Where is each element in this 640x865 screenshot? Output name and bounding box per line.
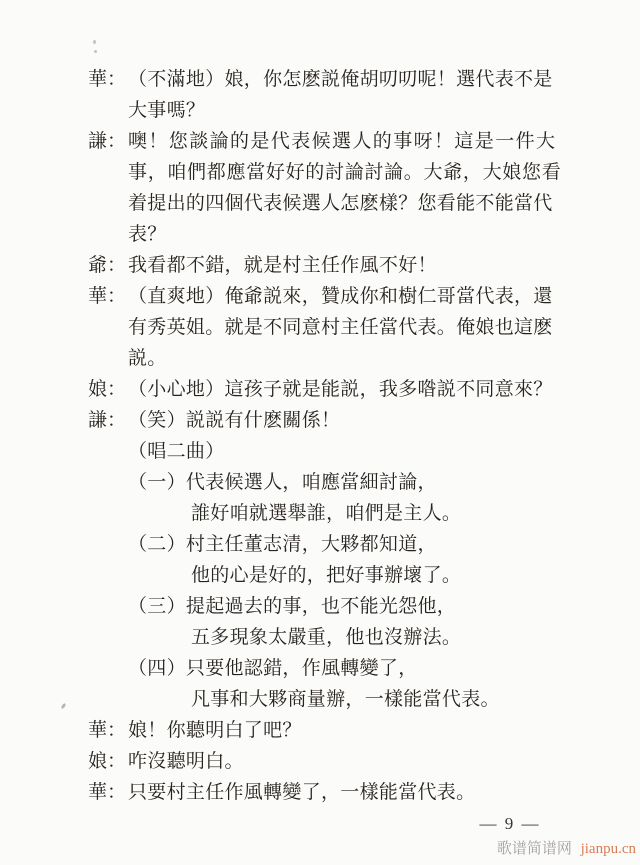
dialogue-lines: 噢！您談論的是代表候選人的事呀！這是一件大 事，咱們都應當好好的討論討論。大爺，… [128, 126, 626, 250]
song-heading-line: （唱二曲） [128, 436, 626, 467]
dialogue-entry: 華： 娘！你聽明白了吧？ [88, 715, 626, 746]
dialogue-entry: 爺： 我看都不錯，就是村主任作風不好！ [88, 250, 626, 281]
dialogue-line: （不滿地）娘，你怎麽説俺胡叨叨呢！選代表不是 [128, 64, 626, 95]
speaker-label: 華： [88, 777, 128, 808]
verse-line: （四）只要他認錯，作風轉變了， [128, 653, 626, 684]
scan-speck [94, 50, 97, 53]
dialogue-line: 表？ [128, 219, 626, 250]
speaker-label: 華： [88, 715, 128, 746]
verse-line: 五多現象太嚴重，他也沒辦法。 [128, 622, 626, 653]
speaker-label: 娘： [88, 746, 128, 777]
dialogue-line: 大事嗎？ [128, 95, 626, 126]
watermark-site-url: jianpu.cn [581, 841, 636, 857]
speaker-label: 謙： [88, 126, 128, 157]
dialogue-line: 娘！你聽明白了吧？ [128, 715, 626, 746]
watermark: 歌谱简谱网 jianpu.cn [497, 837, 636, 858]
dialogue-entry: 謙： 噢！您談論的是代表候選人的事呀！這是一件大 事，咱們都應當好好的討論討論。… [88, 126, 626, 250]
dialogue-line: （笑）説説有什麽關係！ [128, 405, 626, 436]
dialogue-line: （小心地）這孩子就是能説，我多喒説不同意來？ [128, 374, 626, 405]
dialogue-lines: （小心地）這孩子就是能説，我多喒説不同意來？ [128, 374, 626, 405]
dialogue-lines: （不滿地）娘，你怎麽説俺胡叨叨呢！選代表不是 大事嗎？ [128, 64, 626, 126]
dialogue-line: 説。 [128, 343, 626, 374]
speaker-label: 華： [88, 64, 128, 95]
verse-line: （二）村主任董志清，大夥都知道， [128, 529, 626, 560]
watermark-site-name: 歌谱简谱网 [497, 841, 572, 857]
scan-speck [61, 703, 67, 710]
dialogue-line: 噢！您談論的是代表候選人的事呀！這是一件大 [128, 126, 626, 157]
dialogue-entry: 娘： （小心地）這孩子就是能説，我多喒説不同意來？ [88, 374, 626, 405]
scan-speck [93, 40, 96, 44]
speaker-label: 華： [88, 281, 128, 312]
dialogue-entry: 華： 只要村主任作風轉變了，一樣能當代表。 [88, 777, 626, 808]
dialogue-line: 只要村主任作風轉變了，一樣能當代表。 [128, 777, 626, 808]
dialogue-entry: 華： （直爽地）俺爺説來，贊成你和樹仁哥當代表，還 有秀英姐。就是不同意村主任當… [88, 281, 626, 374]
speaker-label: 爺： [88, 250, 128, 281]
dialogue-text-block: 華： （不滿地）娘，你怎麽説俺胡叨叨呢！選代表不是 大事嗎？ 謙： 噢！您談論的… [88, 64, 626, 808]
verse-line: （三）提起過去的事，也不能光怨他， [128, 591, 626, 622]
dialogue-entry: 華： （不滿地）娘，你怎麽説俺胡叨叨呢！選代表不是 大事嗎？ [88, 64, 626, 126]
verse-line: （一）代表候選人，咱應當細討論， [128, 467, 626, 498]
dialogue-line: 着提出的四個代表候選人怎麽樣？您看能不能當代 [128, 188, 626, 219]
dialogue-line: （直爽地）俺爺説來，贊成你和樹仁哥當代表，還 [128, 281, 626, 312]
script-page: 華： （不滿地）娘，你怎麽説俺胡叨叨呢！選代表不是 大事嗎？ 謙： 噢！您談論的… [0, 0, 640, 865]
page-number: — 9 — [440, 814, 580, 834]
dialogue-line: 事，咱們都應當好好的討論討論。大爺，大娘您看 [128, 157, 626, 188]
dialogue-line: 我看都不錯，就是村主任作風不好！ [128, 250, 626, 281]
speaker-label: 謙： [88, 405, 128, 436]
dialogue-entry: 謙： （笑）説説有什麽關係！ （唱二曲） （一）代表候選人，咱應當細討論， 誰好… [88, 405, 626, 715]
dialogue-line: 咋沒聽明白。 [128, 746, 626, 777]
dialogue-lines: 咋沒聽明白。 [128, 746, 626, 777]
dialogue-lines: （直爽地）俺爺説來，贊成你和樹仁哥當代表，還 有秀英姐。就是不同意村主任當代表。… [128, 281, 626, 374]
dialogue-line: 有秀英姐。就是不同意村主任當代表。俺娘也這麽 [128, 312, 626, 343]
dialogue-lines: 只要村主任作風轉變了，一樣能當代表。 [128, 777, 626, 808]
verse-line: 凡事和大夥商量辦，一樣能當代表。 [128, 684, 626, 715]
verse-line: 誰好咱就選舉誰，咱們是主人。 [128, 498, 626, 529]
speaker-label: 娘： [88, 374, 128, 405]
verse-line: 他的心是好的，把好事辦壞了。 [128, 560, 626, 591]
dialogue-lines: 我看都不錯，就是村主任作風不好！ [128, 250, 626, 281]
dialogue-lines: 娘！你聽明白了吧？ [128, 715, 626, 746]
dialogue-lines: （笑）説説有什麽關係！ （唱二曲） （一）代表候選人，咱應當細討論， 誰好咱就選… [128, 405, 626, 715]
dialogue-entry: 娘： 咋沒聽明白。 [88, 746, 626, 777]
